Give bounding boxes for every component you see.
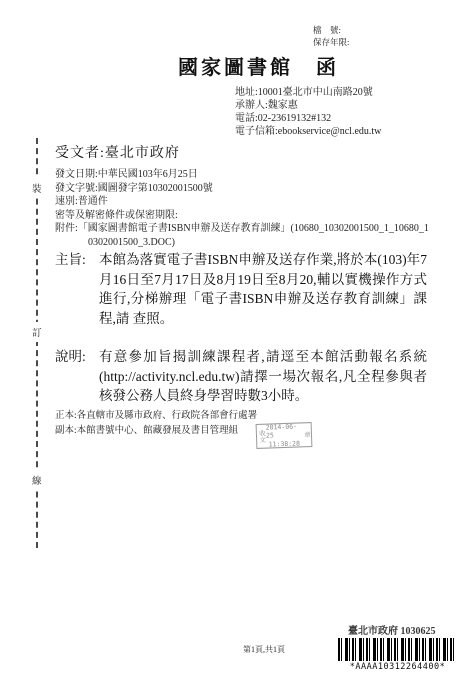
retention-period-label: 保存年限: [313,36,349,48]
description-body: 有意參加旨揭訓練課程者,請逕至本館活動報名系統(http://activity.… [99,347,427,406]
subject-paragraph: 主旨: 本館為落實電子書ISBN申辦及送存作業,將於本(103)年7月16日至7… [55,250,427,328]
sender-address: 地址:10001臺北市中山南路20號 [235,86,381,99]
attachment-line-continued: 0302001500_3.DOC) [55,236,455,250]
attachment-line: 附件:「國家圖書館電子書ISBN申辦及送存教育訓練」(10680_1030200… [55,222,455,236]
binding-mark-zhuang: 裝 [31,178,43,198]
sender-info-block: 地址:10001臺北市中山南路20號 承辦人:魏家惠 電話:02-2361913… [235,86,381,138]
subject-label: 主旨: [55,250,99,328]
recipient-line: 受文者:臺北市政府 [55,142,180,162]
stamp-right-text: 章 [302,423,312,446]
binding-mark-ding: 訂 [31,322,43,342]
classification-line: 密等及解密條件或保密期限: [55,209,455,223]
document-meta-block: 發文日期:中華民國103年6月25日 發文字號:國圖發字第10302001500… [55,168,455,249]
copies-block: 正本:各直轄市及縣市政府、行政院各部會行處署 副本:本館書號中心、館藏發展及書目… [55,409,257,438]
stamp-datetime: 2014-06-25 11:38:28 [266,423,303,447]
sender-email: 電子信箱:ebookservice@ncl.edu.tw [235,125,381,138]
issue-date-line: 發文日期:中華民國103年6月25日 [55,168,455,182]
file-number-label: 檔 號: [313,24,349,36]
binding-mark-xian: 線 [31,470,43,490]
sender-contact-person: 承辦人:魏家惠 [235,99,381,112]
stamp-time: 11:38:28 [269,439,301,449]
subject-body: 本館為落實電子書ISBN申辦及送存作業,將於本(103)年7月16日至7月17日… [99,250,427,328]
page-number-label: 第1頁,共1頁 [243,644,285,655]
description-paragraph: 說明: 有意參加旨揭訓練課程者,請逕至本館活動報名系統(http://activ… [55,347,427,406]
priority-line: 速別:普通件 [55,195,455,209]
barcode-image [338,638,457,661]
receive-date-stamp: 收文 2014-06-25 11:38:28 章 [256,422,313,449]
official-letter-page: 檔 號: 保存年限: 國家圖書館 函 地址:10001臺北市中山南路20號 承辦… [0,0,474,684]
file-number-block: 檔 號: 保存年限: [313,24,349,48]
receiving-agency-stamp-text: 臺北市政府 1030625 [348,622,436,637]
issue-number-line: 發文字號:國圖發字第10302001500號 [55,182,455,196]
copy-recipients-line: 副本:本館書號中心、館藏發展及書目管理組 [55,424,257,439]
barcode-value: *AAAA10312264400* [338,662,457,672]
sender-phone: 電話:02-23619132#132 [235,112,381,125]
document-title: 國家圖書館 函 [178,51,339,80]
stamp-date: 2014-06-25 [266,422,303,440]
original-recipients-line: 正本:各直轄市及縣市政府、行政院各部會行處署 [55,409,257,424]
description-label: 說明: [55,347,99,406]
